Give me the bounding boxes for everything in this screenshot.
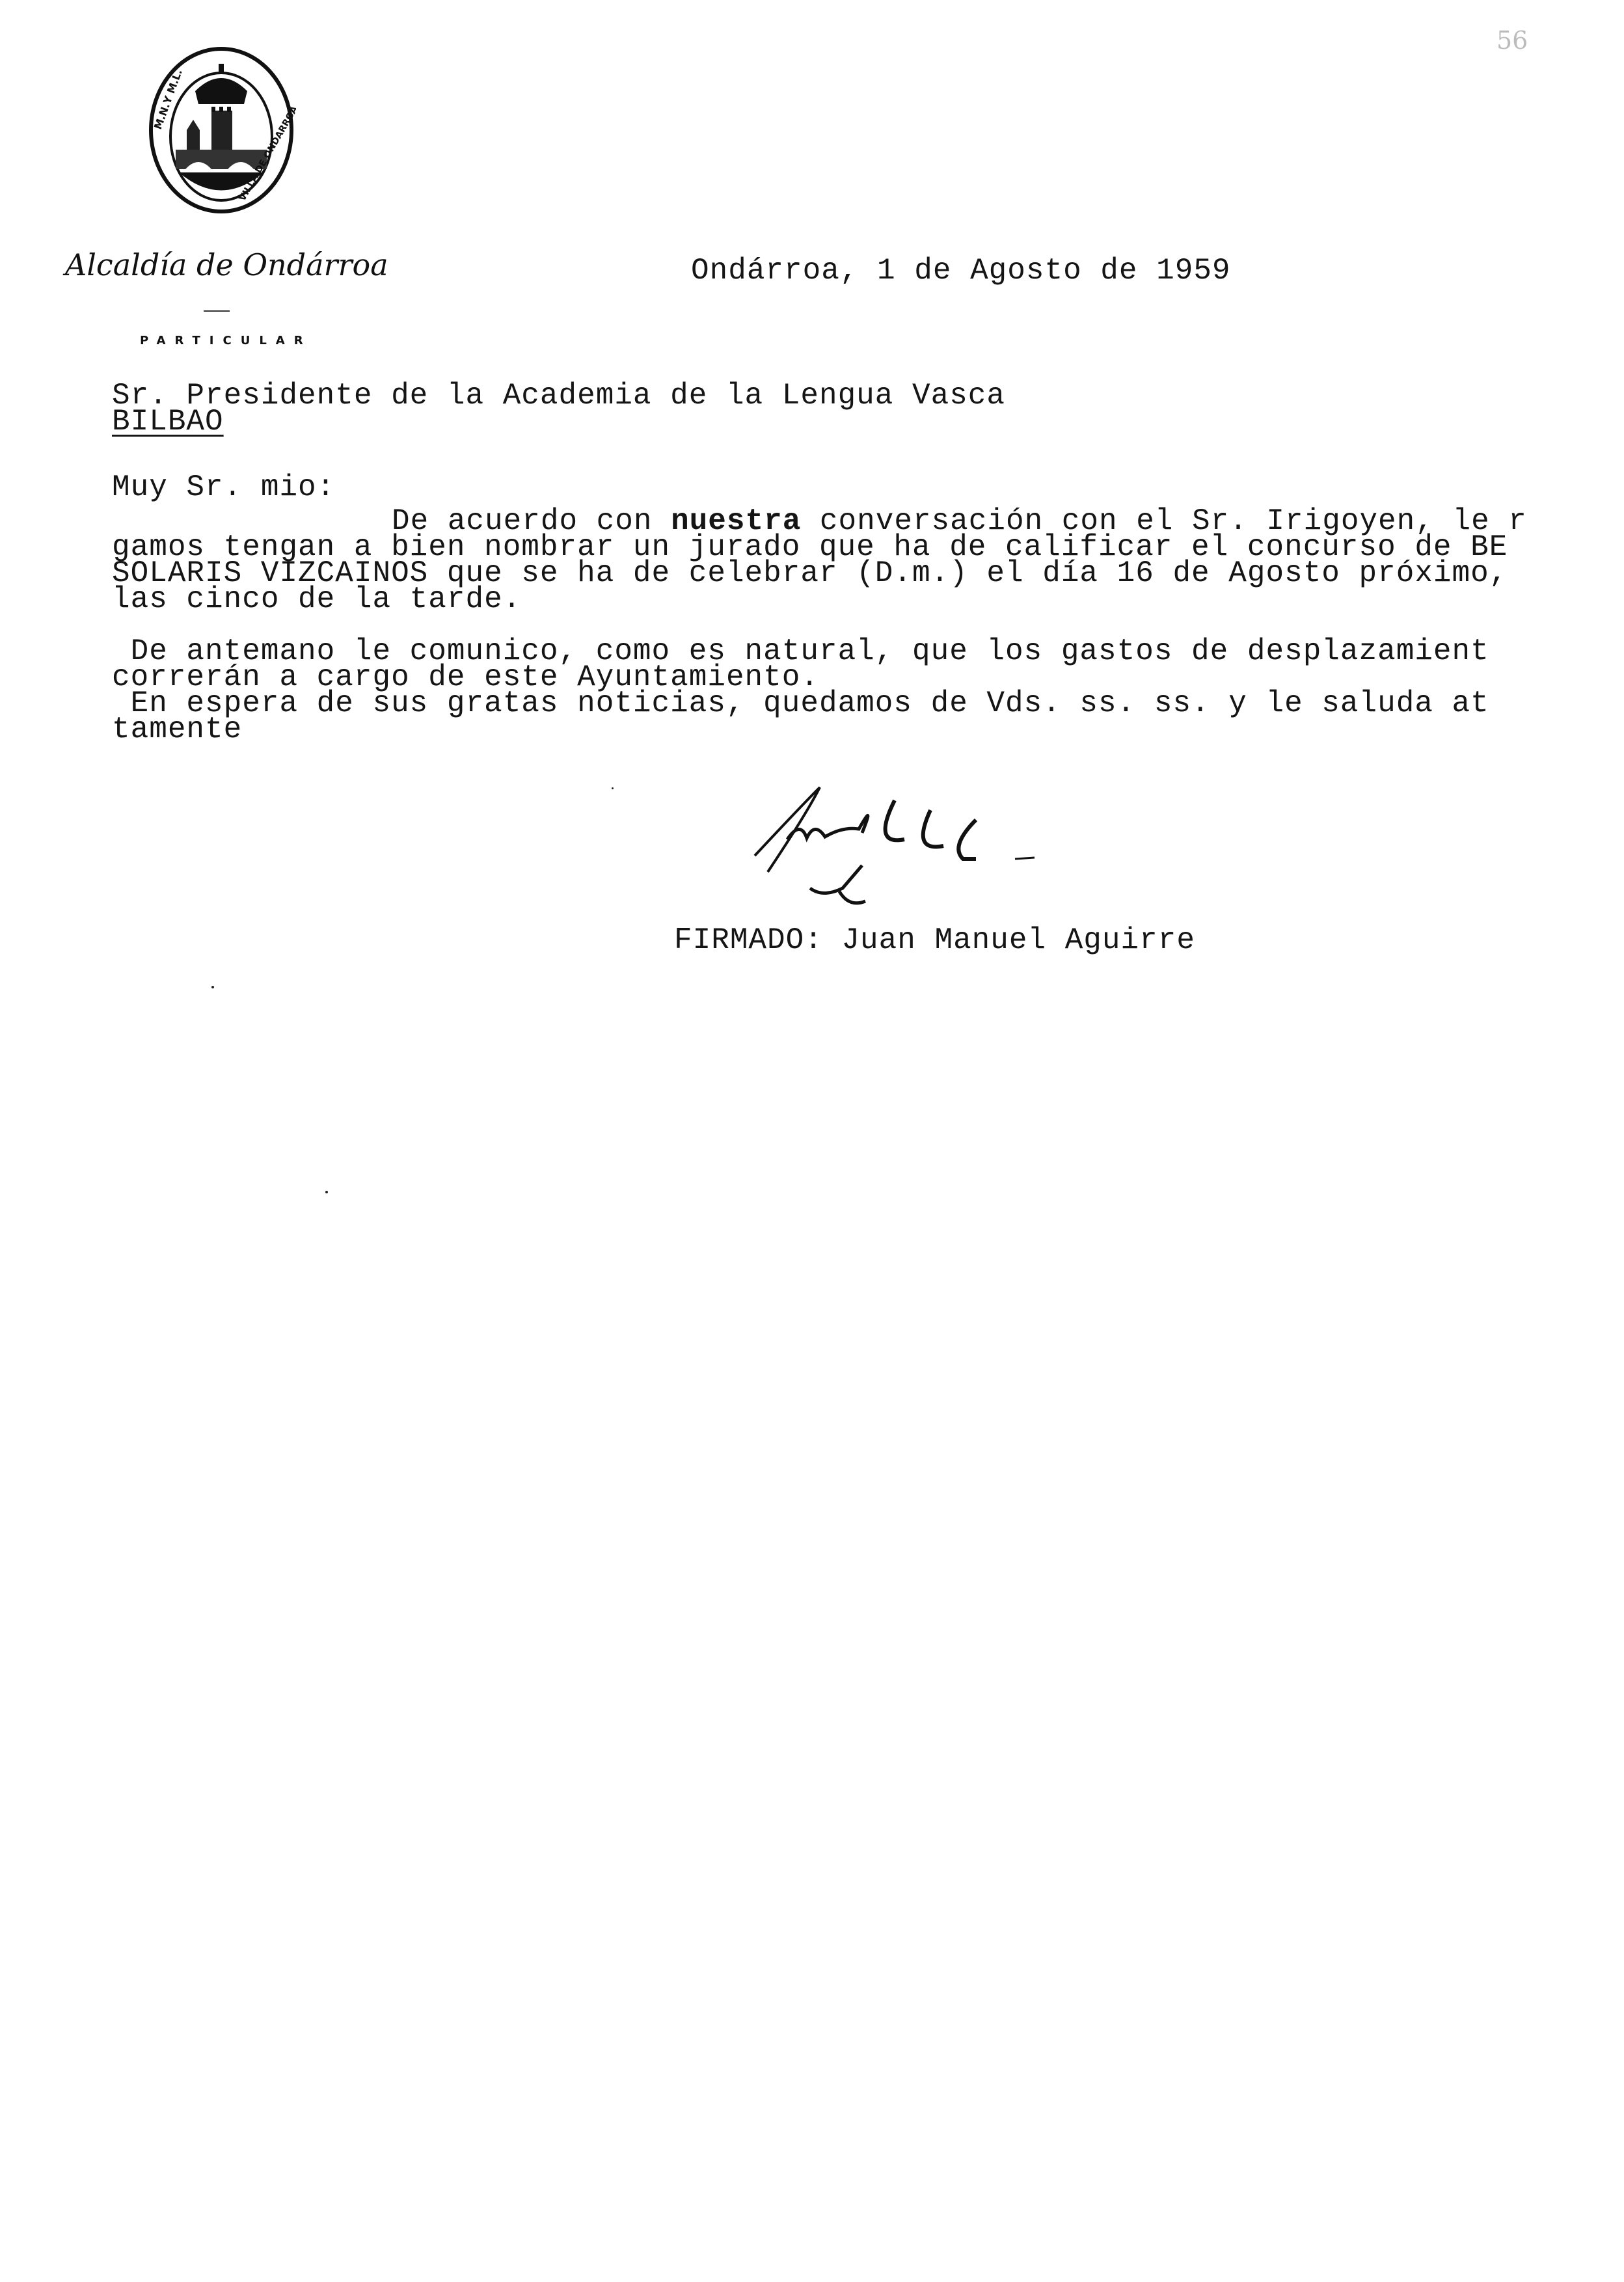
speck [325, 1191, 328, 1193]
signed-by-line: FIRMADO: Juan Manuel Aguirre [674, 925, 1195, 955]
corner-number-mark: 56 [1496, 26, 1528, 55]
coat-of-arms-emblem: M.N.Y M.L. VILLA DE ONDARROA [146, 46, 296, 215]
body-line: las cinco de la tarde. [112, 584, 521, 614]
letterhead-divider [204, 310, 230, 312]
speck [612, 787, 614, 789]
body-line: En espera de sus gratas noticias, quedam… [112, 688, 1489, 718]
recipient-city: BILBAO [112, 407, 224, 437]
recipient-line: Sr. Presidente de la Academia de la Leng… [112, 381, 1005, 411]
body-line: tamente [112, 714, 242, 744]
particular-mark: PARTICULAR [140, 334, 312, 347]
speck [211, 986, 214, 988]
letter-page: M.N.Y M.L. VILLA DE ONDARROA Alcaldía de… [0, 0, 1624, 2282]
handwritten-signature [729, 761, 1236, 917]
office-name: Alcaldía de Ondárroa [65, 247, 388, 282]
salutation: Muy Sr. mio: [112, 472, 335, 502]
date-line: Ondárroa, 1 de Agosto de 1959 [691, 256, 1231, 286]
